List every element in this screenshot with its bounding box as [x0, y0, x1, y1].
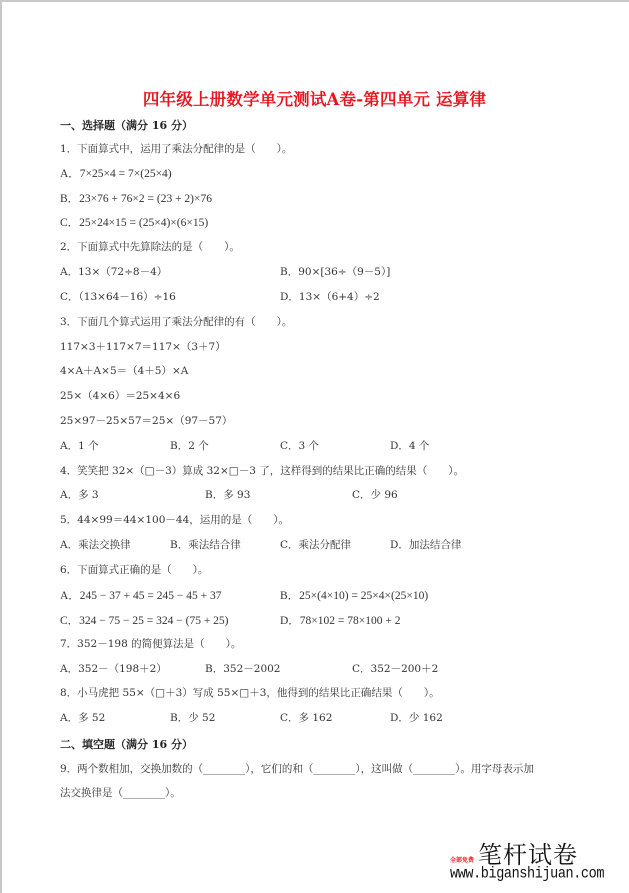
question-6-option-b: B．25×(4×10) = 25×4×(25×10) — [280, 587, 428, 603]
question-6-stem: 6．下面算式正确的是（ ）。 — [60, 562, 208, 577]
question-5-stem: 5．44×99＝44×100－44，运用的是（ ）。 — [60, 512, 289, 527]
page-top-border — [0, 0, 629, 2]
question-6-option-d: D．78×102 = 78×100 + 2 — [280, 612, 401, 628]
question-5-option-b: B．乘法结合律 — [170, 537, 241, 552]
question-8-option-c: C．多 162 — [280, 710, 332, 725]
question-7-stem: 7．352－198 的简便算法是（ ）。 — [60, 636, 241, 651]
question-1-option-b: B．23×76 + 76×2 = (23 + 2)×76 — [60, 190, 212, 206]
question-2-stem: 2．下面算式中先算除法的是（ ）。 — [60, 239, 240, 254]
question-5-option-a: A．乘法交换律 — [60, 537, 131, 552]
question-7-option-a: A．352－（198＋2） — [60, 661, 167, 676]
question-1-option-c: C．25×24×15 = (25×4)×(6×15) — [60, 214, 208, 230]
question-2-option-d: D．13×（6+4）÷2 — [280, 289, 380, 304]
question-3-equation-1: 117×3＋117×7＝117×（3＋7） — [60, 339, 226, 354]
document-title: 四年级上册数学单元测试A卷-第四单元 运算律 — [0, 86, 629, 110]
watermark-logo: 笔杆试卷 全部免费 www.biganshijuan.com — [450, 835, 610, 885]
question-3-option-c: C．3 个 — [280, 438, 319, 453]
question-7-option-b: B．352－2002 — [205, 661, 280, 676]
watermark-url: www.biganshijuan.com — [450, 866, 604, 883]
question-5-option-c: C．乘法分配律 — [280, 537, 351, 552]
question-2-option-b: B．90×[36÷（9－5）] — [280, 264, 390, 279]
question-4-option-c: C．少 96 — [352, 487, 398, 502]
question-3-equation-3: 25×（4×6）＝25×4×6 — [60, 388, 180, 403]
question-2-option-a: A．13×（72÷8－4） — [60, 264, 167, 279]
question-6-option-a: A．245 − 37 + 45 = 245 − 45 + 37 — [60, 587, 221, 603]
question-4-option-b: B．多 93 — [205, 487, 250, 502]
watermark-tag: 全部免费 — [450, 855, 474, 864]
question-3-equation-2: 4×A＋A×5＝（4＋5）×A — [60, 363, 188, 378]
watermark-brand: 笔杆试卷 — [478, 835, 578, 870]
section-header-choice: 一、选择题（满分 16 分） — [60, 117, 193, 133]
section-header-fill-blank: 二、填空题（满分 16 分） — [60, 736, 193, 752]
question-3-option-b: B．2 个 — [170, 438, 209, 453]
question-1-stem: 1．下面算式中，运用了乘法分配律的是（ ）。 — [60, 141, 292, 156]
question-9-continuation: 法交换律是（________）。 — [60, 785, 181, 800]
question-8-option-a: A．多 52 — [60, 710, 105, 725]
question-5-option-d: D．加法结合律 — [390, 537, 461, 552]
page-left-border — [0, 0, 2, 893]
question-2-option-c: C．（13×64－16）÷16 — [60, 289, 176, 304]
question-9-stem: 9．两个数相加，交换加数的（________），它们的和（________），这… — [60, 761, 534, 776]
question-4-option-a: A．多 3 — [60, 487, 99, 502]
question-1-option-a: A．7×25×4 = 7×(25×4) — [60, 165, 172, 181]
question-3-stem: 3．下面几个算式运用了乘法分配律的有（ ）。 — [60, 314, 292, 329]
question-4-stem: 4．笑笑把 32×（□－3）算成 32×□－3 了，这样得到的结果比正确的结果（… — [60, 463, 464, 478]
question-3-equation-4: 25×97－25×57＝25×（97－57） — [60, 413, 232, 428]
question-6-option-c: C．324 − 75 − 25 = 324 − (75 + 25) — [60, 612, 229, 628]
question-8-option-b: B．少 52 — [170, 710, 215, 725]
question-8-stem: 8．小马虎把 55×（□＋3）写成 55×□＋3，他得到的结果比正确结果（ ）。 — [60, 685, 440, 700]
question-3-option-d: D．4 个 — [390, 438, 429, 453]
question-8-option-d: D．少 162 — [390, 710, 443, 725]
question-7-option-c: C．352－200＋2 — [352, 661, 438, 676]
question-3-option-a: A．1 个 — [60, 438, 99, 453]
